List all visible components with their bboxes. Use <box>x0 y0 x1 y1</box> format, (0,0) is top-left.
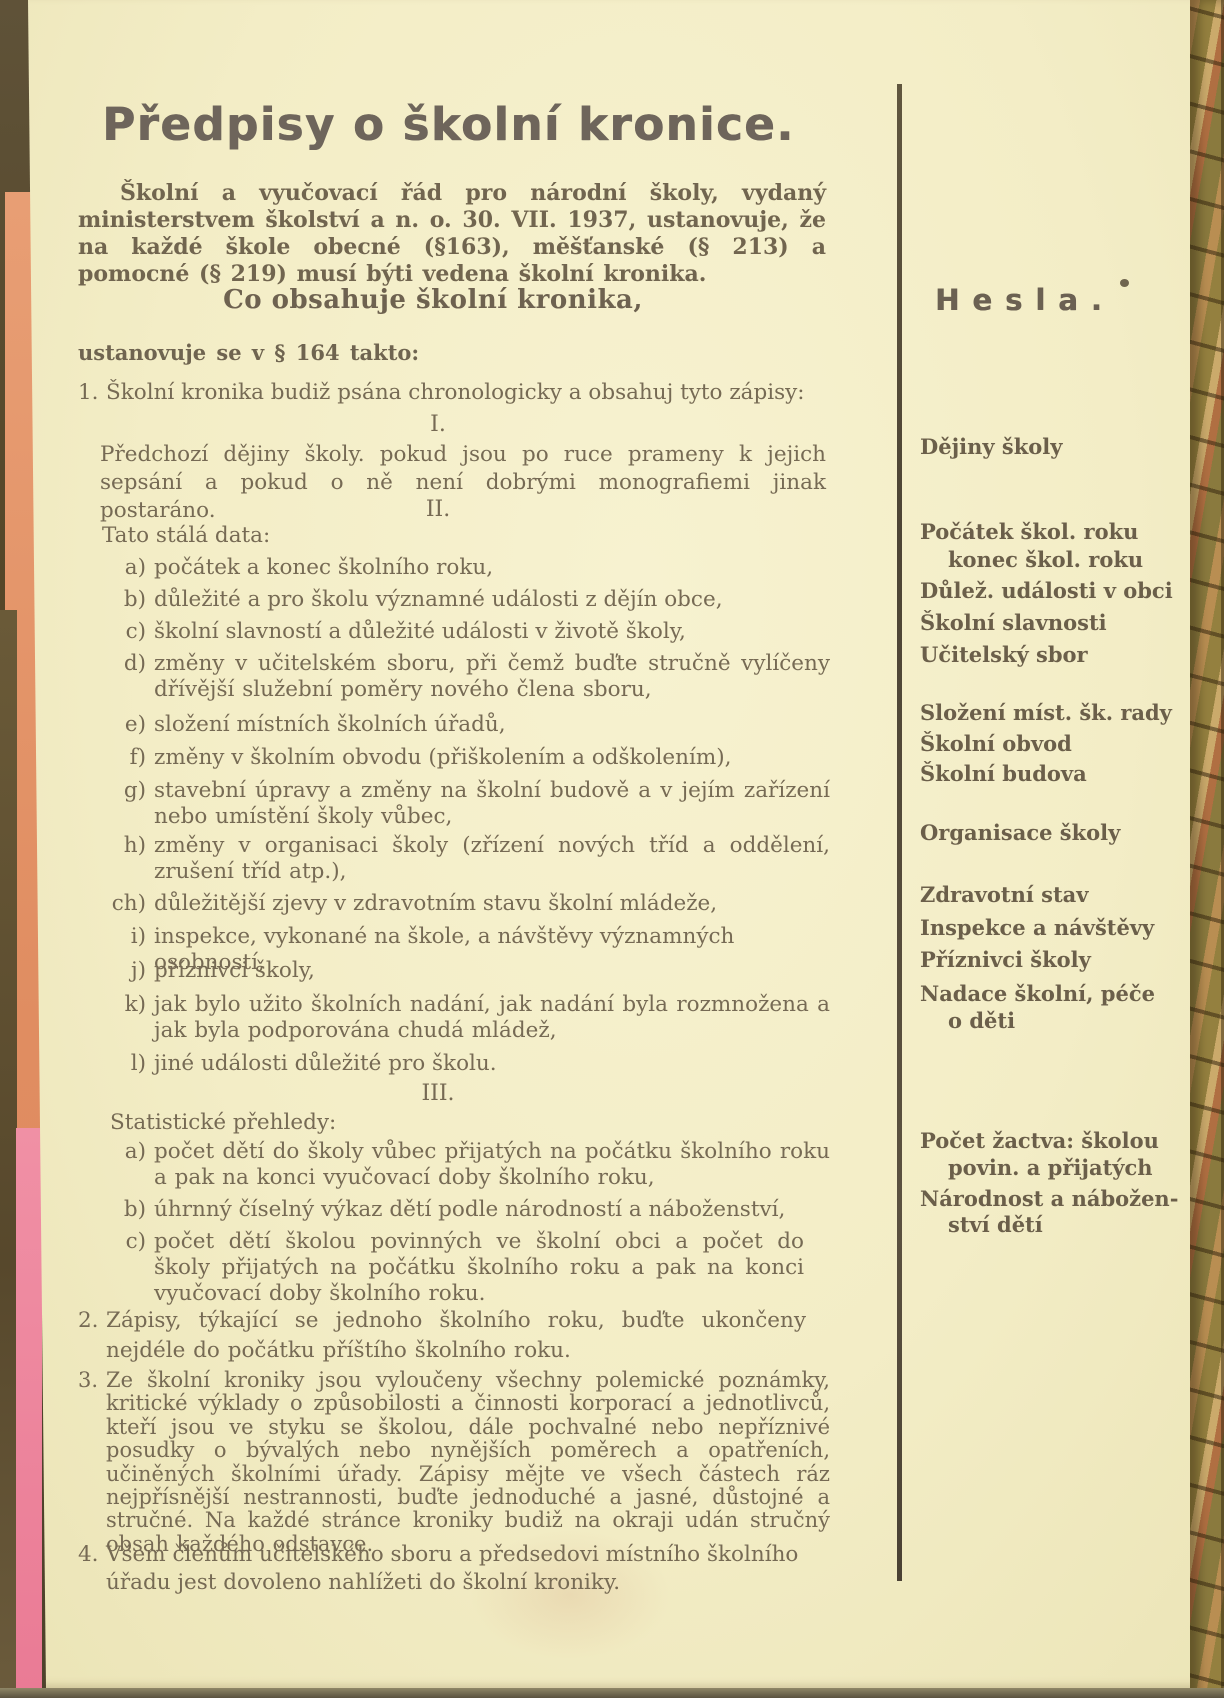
subitem-label: a) <box>78 555 154 581</box>
subitem-label: c) <box>78 619 154 645</box>
list-item-4-text: Všem členům učitelského sboru a předsedo… <box>106 1541 826 1597</box>
subitem-text: jiné události důležité pro školu. <box>154 1051 830 1077</box>
subitem-text: složení místních školních úřadů, <box>154 712 830 738</box>
list-item-3-text: Ze školní kroniky jsou vyloučeny všechny… <box>106 1369 830 1556</box>
margin-keyword: Školní obvod <box>920 731 1072 756</box>
page-bottom-edge <box>0 1688 1224 1698</box>
subitem-label: e) <box>78 712 154 738</box>
margin-keyword: Dějiny školy <box>920 434 1063 459</box>
list-item-2-text: Zápisy, týkající se jednoho školního rok… <box>106 1306 806 1366</box>
subitem-text: počet dětí do školy vůbec přijatých na p… <box>154 1139 830 1191</box>
list-subitem-g: g) stavební úpravy a změny na školní bud… <box>78 778 840 830</box>
marbled-cover-band <box>1190 0 1224 1698</box>
roman-numeral-2: II. <box>78 497 798 522</box>
subitem-label: c) <box>78 1229 154 1307</box>
list-subitem-ch: ch) důležitější zjevy v zdravotním stavu… <box>78 891 840 917</box>
scanned-page: Předpisy o školní kronice. Školní a vyuč… <box>0 0 1224 1698</box>
section-3-lead: Statistické přehledy: <box>110 1110 336 1135</box>
margin-keyword: Nadace školní, péče <box>920 981 1155 1006</box>
list-item-1-text: Školní kronika budiž psána chronologicky… <box>106 380 805 406</box>
list-item-3-number: 3. <box>78 1369 106 1556</box>
margin-keyword: povin. a přijatých <box>948 1155 1153 1180</box>
list-subitem-e: e) složení místních školních úřadů, <box>78 712 840 738</box>
subitem-text: důležité a pro školu významné události z… <box>154 587 830 613</box>
margin-keyword: Počet žactva: školou <box>920 1128 1159 1153</box>
roman-numeral-3: III. <box>78 1081 798 1106</box>
subitem-text: počet dětí školou povinných ve školní ob… <box>154 1229 804 1307</box>
margin-keyword: Národnost a nábožen- <box>920 1186 1178 1211</box>
subitem-text: stavební úpravy a změny na školní budově… <box>154 778 830 830</box>
subitem-label: h) <box>78 833 154 885</box>
subitem-text: úhrnný číselný výkaz dětí podle národnos… <box>154 1197 830 1223</box>
section-heading: Co obsahuje školní kronika, <box>88 285 778 315</box>
list-subitem-d: d) změny v učitelském sboru, při čemž bu… <box>78 651 840 703</box>
margin-keyword: o děti <box>948 1008 1015 1033</box>
subitem-label: a) <box>78 1139 154 1191</box>
book-cover-sliver <box>0 610 17 1698</box>
list-item-2: 2. Zápisy, týkající se jednoho školního … <box>78 1306 840 1366</box>
subitem-label: f) <box>78 745 154 771</box>
list-subitem-l: l) jiné události důležité pro školu. <box>78 1051 840 1077</box>
list-item-4-number: 4. <box>78 1541 106 1597</box>
subitem-label: l) <box>78 1051 154 1077</box>
margin-keyword: Učitelský sbor <box>920 642 1088 667</box>
subitem-label: k) <box>78 992 154 1044</box>
subitem-text: změny v organisaci školy (zřízení nových… <box>154 833 830 885</box>
list-item-1-number: 1. <box>78 380 106 406</box>
subitem-label: ch) <box>78 891 154 917</box>
subitem-text: změny v školním obvodu (přiškolením a od… <box>154 745 830 771</box>
margin-keyword: Složení míst. šk. rady <box>920 700 1172 725</box>
pink-endpaper-strip <box>16 1128 42 1690</box>
margin-divider-rule <box>897 84 902 1581</box>
stat-subitem-a: a) počet dětí do školy vůbec přijatých n… <box>78 1139 840 1191</box>
subitem-text: jak bylo užito školních nadání, jak nadá… <box>154 992 830 1044</box>
list-item-4: 4. Všem členům učitelského sboru a předs… <box>78 1541 840 1597</box>
section-subheading: ustanovuje se v § 164 takto: <box>78 340 419 365</box>
subitem-label: d) <box>78 651 154 703</box>
margin-keyword: konec škol. roku <box>948 547 1143 572</box>
margin-keyword: Školní budova <box>920 761 1087 786</box>
stat-subitem-c: c) počet dětí školou povinných ve školní… <box>78 1229 840 1307</box>
margin-keyword: Inspekce a návštěvy <box>920 915 1154 940</box>
list-subitem-h: h) změny v organisaci školy (zřízení nov… <box>78 833 840 885</box>
subitem-text: počátek a konec školního roku, <box>154 555 830 581</box>
list-subitem-b: b) důležité a pro školu významné událost… <box>78 587 840 613</box>
page-title: Předpisy o školní kronice. <box>102 98 795 151</box>
margin-keyword: Školní slavnosti <box>920 610 1107 635</box>
list-subitem-j: j) příznivci školy, <box>78 958 840 984</box>
list-subitem-f: f) změny v školním obvodu (přiškolením a… <box>78 745 840 771</box>
margin-keyword: Zdravotní stav <box>920 882 1088 907</box>
stat-subitem-b: b) úhrnný číselný výkaz dětí podle národ… <box>78 1197 840 1223</box>
margin-keyword: Důlež. události v obci <box>920 578 1173 603</box>
list-item-2-number: 2. <box>78 1306 106 1366</box>
subitem-label: b) <box>78 587 154 613</box>
margin-header: Hesla. <box>935 283 1115 317</box>
subitem-text: změny v učitelském sboru, při čemž buďte… <box>154 651 830 703</box>
subitem-text: důležitější zjevy v zdravotním stavu ško… <box>154 891 830 917</box>
roman-numeral-1: I. <box>78 412 798 437</box>
subitem-text: příznivci školy, <box>154 958 830 984</box>
list-subitem-k: k) jak bylo užito školních nadání, jak n… <box>78 992 840 1044</box>
section-2-lead: Tato stálá data: <box>102 523 270 548</box>
intro-paragraph: Školní a vyučovací řád pro národní školy… <box>78 180 826 288</box>
subitem-label: g) <box>78 778 154 830</box>
list-subitem-a: a) počátek a konec školního roku, <box>78 555 840 581</box>
margin-keyword: Organisace školy <box>920 820 1120 845</box>
subitem-label: b) <box>78 1197 154 1223</box>
ink-speck <box>1120 279 1129 287</box>
list-item-1: 1. Školní kronika budiž psána chronologi… <box>78 380 840 406</box>
list-subitem-c: c) školní slavností a důležité události … <box>78 619 840 645</box>
margin-keyword: Příznivci školy <box>920 947 1091 972</box>
margin-keyword: Počátek škol. roku <box>920 519 1138 544</box>
margin-keyword: ství dětí <box>948 1212 1043 1237</box>
subitem-label: j) <box>78 958 154 984</box>
subitem-text: školní slavností a důležité události v ž… <box>154 619 830 645</box>
list-item-3: 3. Ze školní kroniky jsou vyloučeny všec… <box>78 1369 840 1556</box>
